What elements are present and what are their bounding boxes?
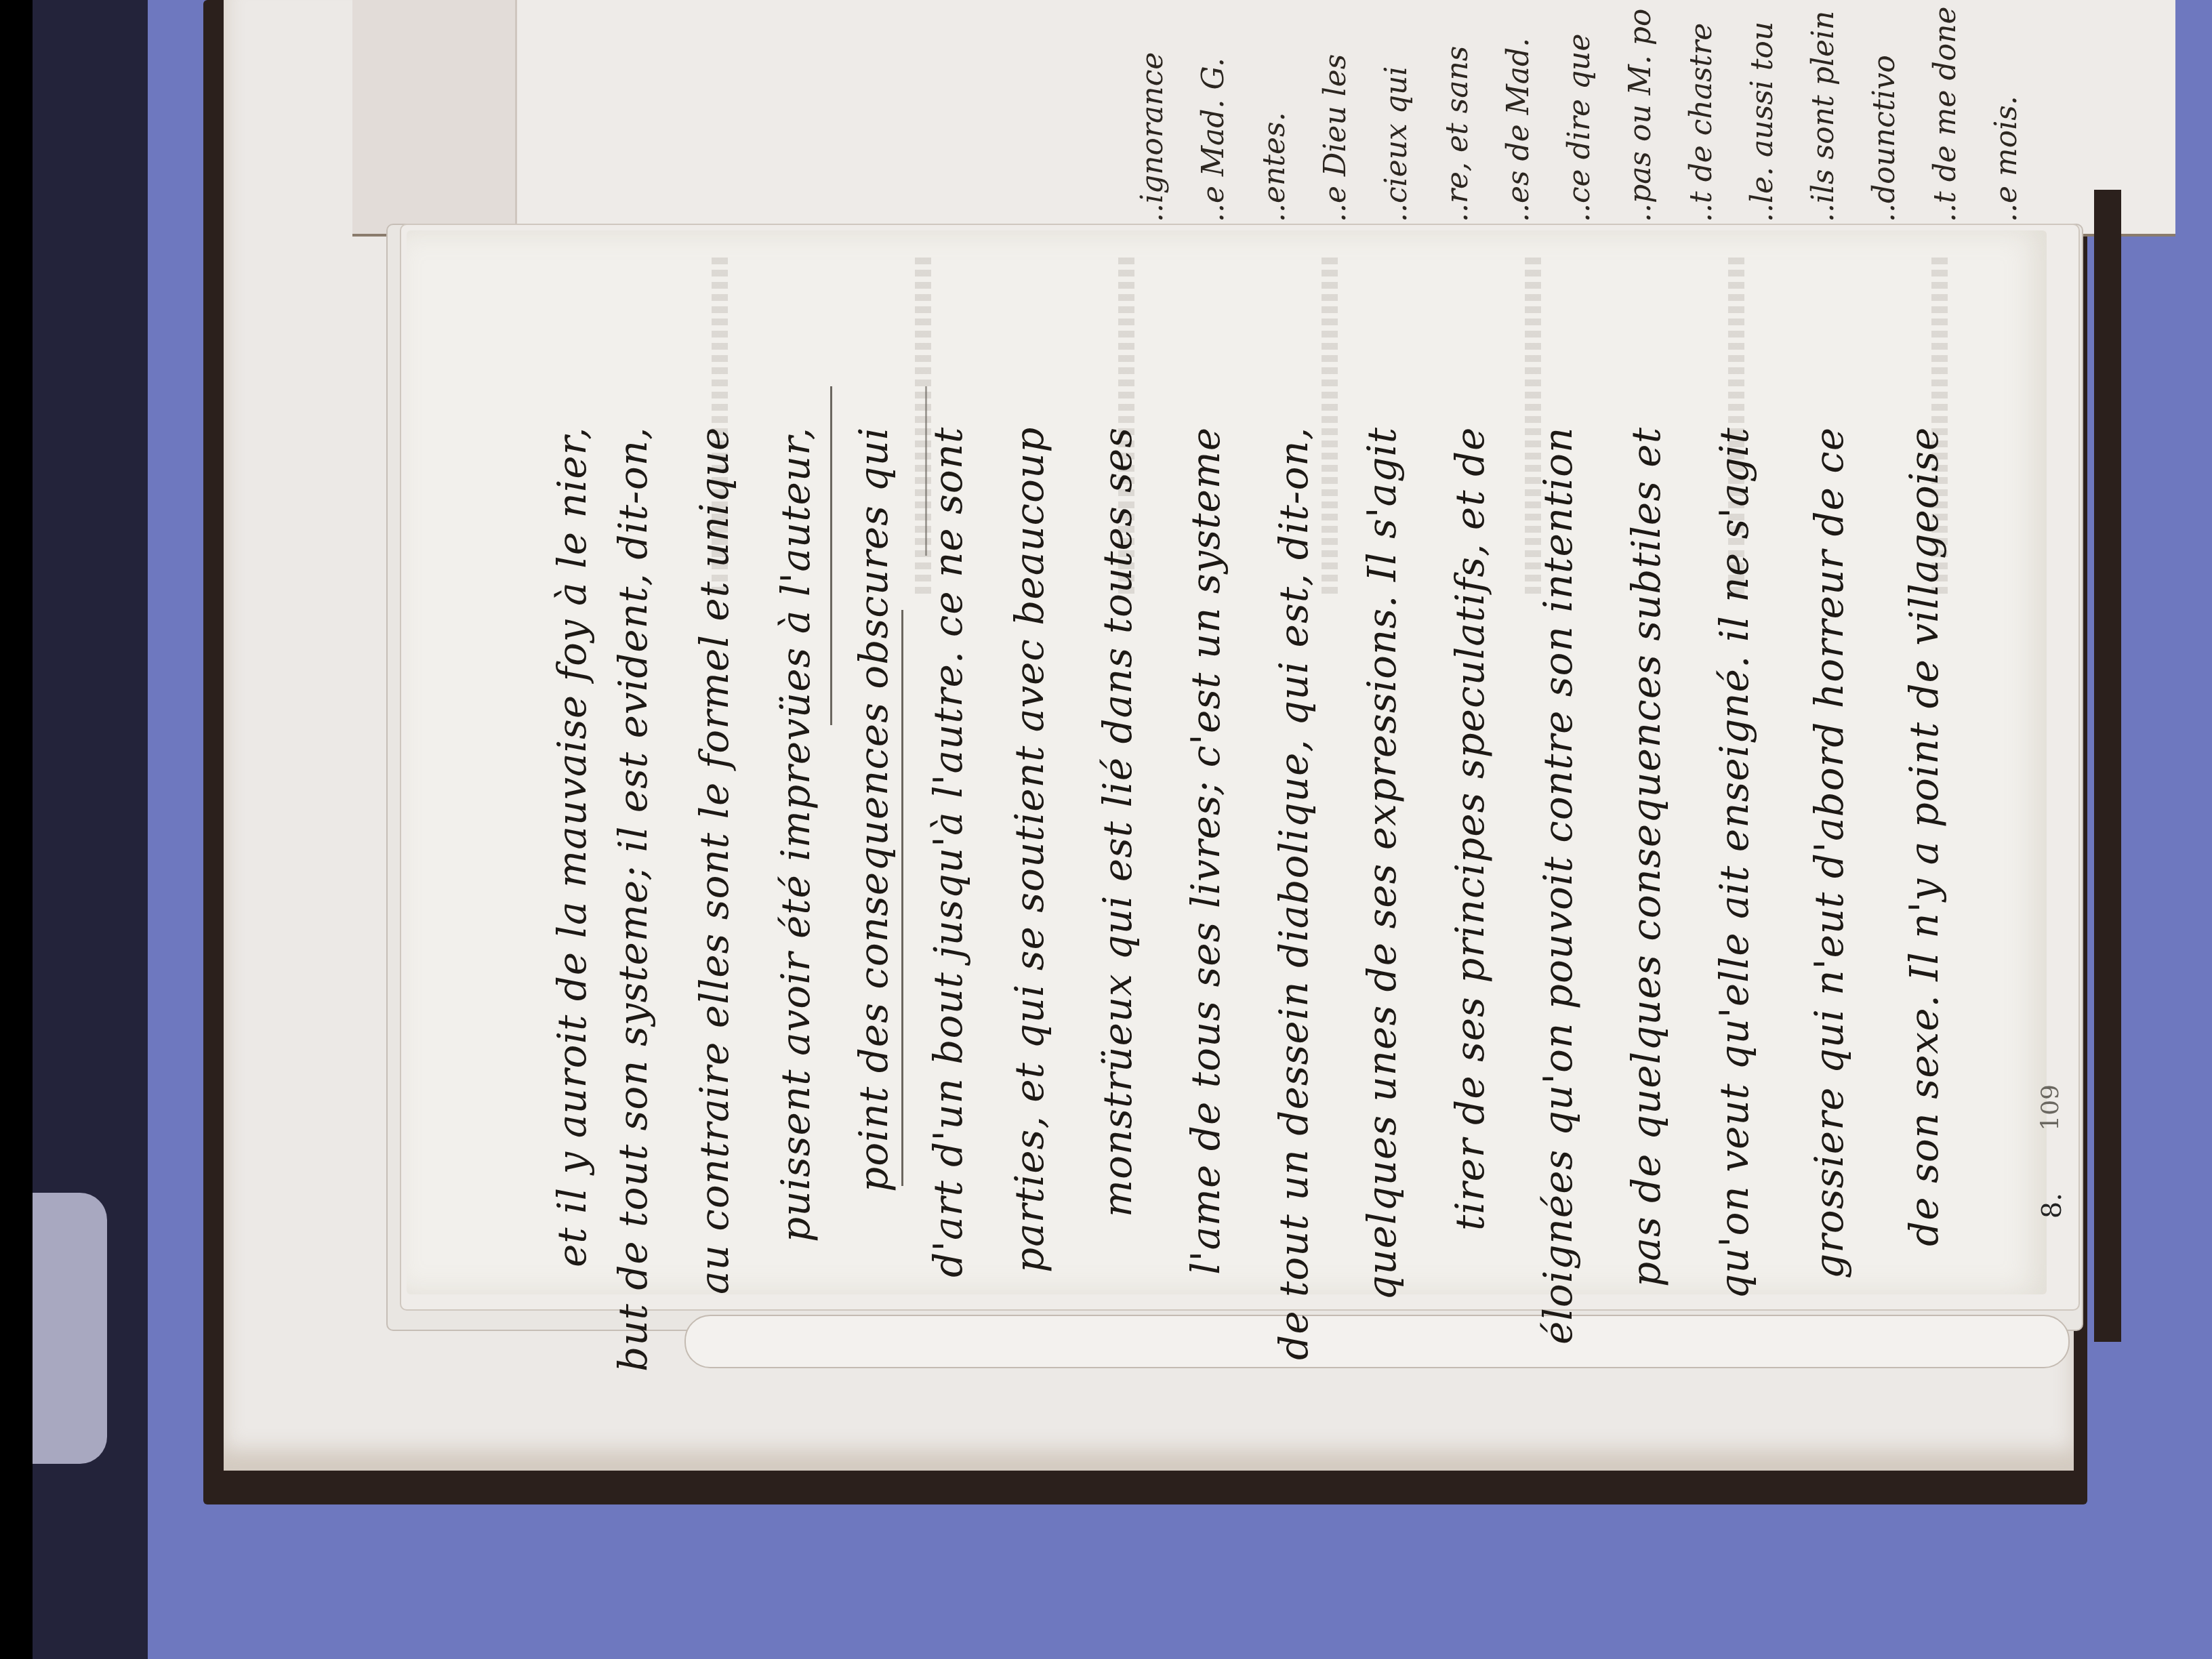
dark-object-left [33, 0, 148, 1659]
pencil-underline [901, 610, 903, 1186]
text-line-3: qu'on veut qu'elle ait enseigné. il ne s… [1711, 427, 1757, 1410]
text-line-6: tirer de ses principes speculatifs, et d… [1447, 427, 1493, 1410]
facing-line: ..es de Mad. [1501, 5, 1536, 222]
page-number: 8. [2036, 1193, 2068, 1218]
text-line-7: quelques unes de ses expressions. Il s'a… [1359, 427, 1405, 1410]
text-line-8: de tout un dessein diabolique, qui est, … [1271, 427, 1317, 1410]
pencil-underline [925, 386, 927, 556]
facing-line: ..t de chastre [1684, 5, 1719, 222]
text-line-11: parties, et qui se soutient avec beaucou… [1006, 427, 1052, 1410]
binding-edge [2094, 190, 2121, 1342]
facing-line: ..e Dieu les [1318, 5, 1353, 222]
spine-guard [352, 0, 517, 234]
facing-line: ..ce dire que [1562, 5, 1597, 222]
text-line-4: pas de quelques consequences subtiles et [1623, 427, 1669, 1410]
manuscript-page: de son sexe. Il n'y a point de villageoi… [407, 230, 2047, 1294]
text-line-12: d'art d'un bout jusqu'à l'autre. ce ne s… [925, 427, 971, 1410]
facing-line: ..t de me done [1928, 5, 1963, 222]
pencil-underline [830, 386, 832, 725]
text-line-9: l'ame de tous ses livres; c'est un syste… [1183, 427, 1229, 1410]
text-line-10: monstrüeux qui est lié dans toutes ses [1094, 427, 1141, 1410]
text-line-17: et il y auroit de la mauvaise foy à le n… [549, 427, 595, 1410]
facing-page: ..e mois. ..t de me done ..dounctivo ..i… [352, 0, 2175, 237]
facing-line: ..re, et sans [1440, 5, 1475, 222]
text-line-1: de son sexe. Il n'y a point de villageoi… [1901, 427, 1947, 1410]
facing-line: ..e Mad. G. [1196, 5, 1231, 222]
ink-bleed [1322, 258, 1338, 596]
facing-line: ..e mois. [1989, 5, 2024, 222]
text-line-14: puissent avoir été imprevües à l'auteur, [773, 427, 819, 1410]
facing-line: ..pas ou M. po [1623, 5, 1658, 222]
facing-line: ..ignorance [1135, 5, 1170, 222]
facing-line: ..entes. [1257, 5, 1292, 222]
text-line-2: grossiere qui n'eut d'abord horreur de c… [1806, 427, 1852, 1410]
text-line-13: point des consequences obscures qui [851, 427, 897, 1410]
text-line-16: but de tout son systeme; il est evident,… [610, 427, 656, 1410]
text-line-5: éloignées qu'on pouvoit contre son inten… [1535, 427, 1581, 1410]
facing-line: ..cieux qui [1379, 5, 1414, 222]
facing-line: ..le. aussi tou [1745, 5, 1780, 222]
facing-line: ..dounctivo [1867, 5, 1902, 222]
folio-number: 109 [2036, 1084, 2064, 1131]
facing-line: ..ils sont plein [1806, 5, 1841, 222]
text-line-15: au contraire elles sont le formel et uni… [691, 427, 737, 1410]
cloth [33, 1193, 107, 1464]
